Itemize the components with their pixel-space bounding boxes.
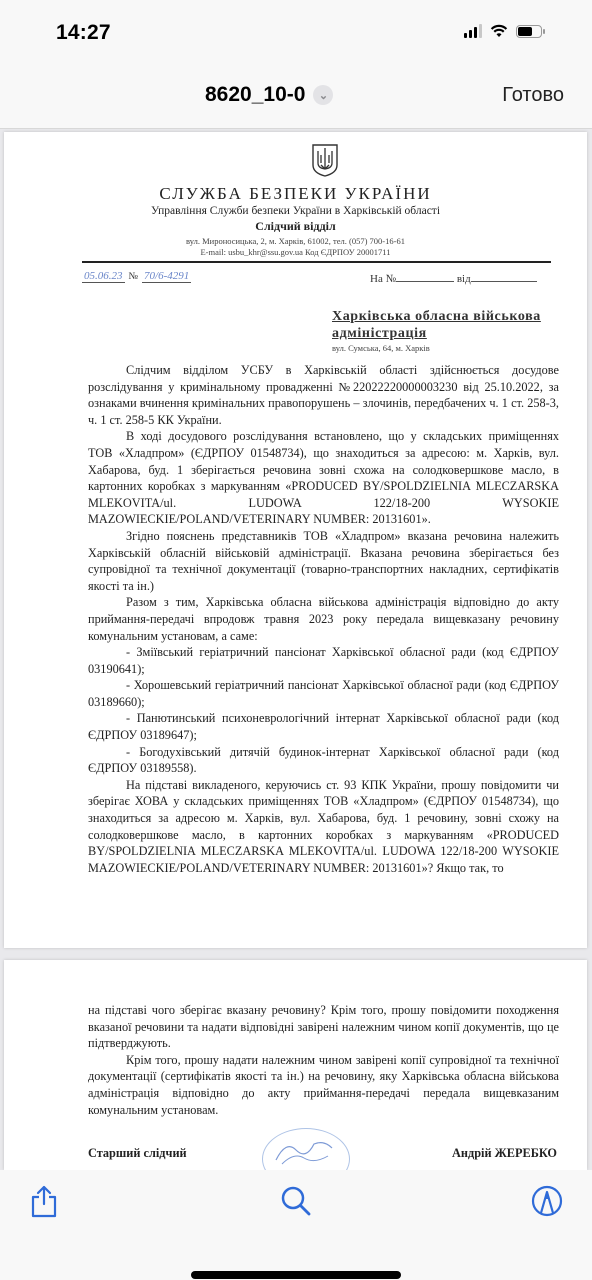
paragraph: Крім того, прошу надати належним чином з… [88, 1052, 559, 1118]
reference-number-blank [396, 271, 454, 282]
letter-body-page-1: Слідчим відділом УСБУ в Харківській обла… [88, 362, 559, 876]
paragraph: В ході досудового розслідування встановл… [88, 428, 559, 528]
department-name: Слідчий відділ [4, 219, 587, 234]
status-icons [464, 24, 542, 38]
nav-bar: 8620_10-0 ⌄ Готово [0, 68, 592, 129]
registration-number: 70/6-4291 [142, 270, 191, 283]
cellular-signal-icon [464, 24, 482, 38]
organization-subtitle: Управління Служби безпеки України в Харк… [4, 205, 587, 217]
reference-date-label: від [457, 273, 471, 285]
done-button[interactable]: Готово [502, 84, 564, 107]
letter-body-page-2: на підставі чого зберігає вказану речови… [88, 1002, 559, 1118]
signature-icon [274, 1136, 334, 1166]
document-title-menu[interactable]: 8620_10-0 ⌄ [205, 83, 333, 107]
bottom-toolbar [0, 1170, 592, 1280]
document-title: 8620_10-0 [205, 83, 305, 107]
wifi-icon [490, 24, 508, 38]
markup-pen-icon[interactable] [530, 1184, 564, 1218]
coat-of-arms-icon [311, 143, 339, 177]
document-page-1: СЛУЖБА БЕЗПЕКИ УКРАЇНИ Управління Служби… [4, 132, 587, 948]
recipient-address: вул. Сумська, 64, м. Харків [332, 343, 572, 353]
list-item: - Богодухівський дитячій будинок-інтерна… [88, 744, 559, 777]
search-icon[interactable] [279, 1184, 313, 1218]
status-bar: 14:27 [0, 0, 592, 68]
reference-date-blank [471, 271, 537, 282]
registration-date: 05.06.23 [82, 270, 125, 283]
paragraph: На підставі викладеного, керуючись ст. 9… [88, 777, 559, 877]
reference-line: На № від [370, 271, 537, 285]
letterhead-address: вул. Мироносицька, 2, м. Харків, 61002, … [4, 236, 587, 246]
paragraph: Разом з тим, Харківська обласна військов… [88, 594, 559, 644]
signer-title: Старший слідчий [88, 1146, 187, 1161]
recipient-name: Харківська обласна військова адміністрац… [332, 308, 572, 342]
paragraph: на підставі чого зберігає вказану речови… [88, 1002, 559, 1052]
list-item: - Зміївський геріатричний пансіонат Харк… [88, 644, 559, 677]
reference-number-label: На № [370, 273, 396, 285]
battery-icon [516, 25, 542, 38]
status-time: 14:27 [56, 21, 111, 45]
paragraph: Слідчим відділом УСБУ в Харківській обла… [88, 362, 559, 428]
organization-name: СЛУЖБА БЕЗПЕКИ УКРАЇНИ [4, 184, 587, 204]
list-item: - Хорошевський геріатричний пансіонат Ха… [88, 677, 559, 710]
paragraph: Згідно пояснень представників ТОВ «Хладп… [88, 528, 559, 594]
registration-line: 05.06.23 № 70/6-4291 [82, 270, 191, 283]
home-indicator[interactable] [191, 1271, 401, 1279]
document-page-2: на підставі чого зберігає вказану речови… [4, 960, 587, 1170]
signer-name: Андрій ЖЕРЕБКО [452, 1146, 557, 1161]
share-icon[interactable] [27, 1184, 61, 1218]
list-item: - Панютинський психоневрологічний інтерн… [88, 710, 559, 743]
recipient-block: Харківська обласна військова адміністрац… [332, 308, 572, 353]
chevron-down-icon[interactable]: ⌄ [313, 85, 333, 105]
letterhead-divider [82, 261, 551, 263]
registration-number-label: № [129, 271, 139, 282]
letterhead-contacts: E-mail: usbu_khr@ssu.gov.ua Код ЄДРПОУ 2… [4, 247, 587, 257]
